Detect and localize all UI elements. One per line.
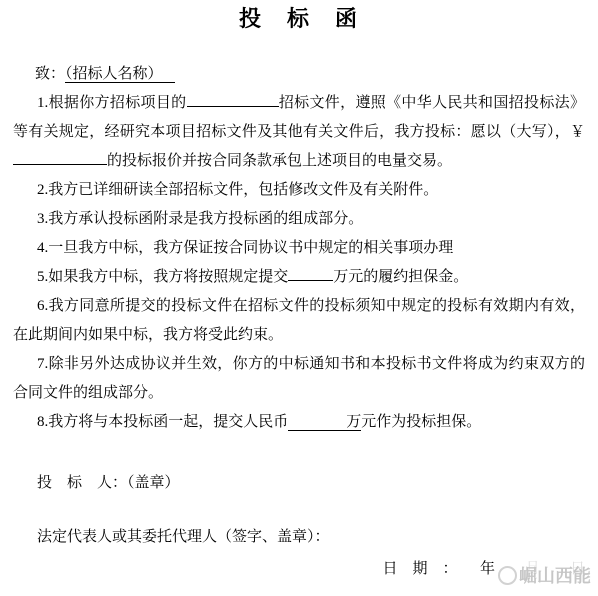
salutation-underline-bidder-name: （招标人名称）: [65, 66, 175, 83]
paragraph-2: 2.我方已详细研读全部招标文件，包括修改文件及有关附件。: [13, 176, 585, 205]
paragraph-5: 5.如果我方中标，我方将按照规定提交万元的履约担保金。: [13, 263, 585, 292]
watermark: 崛山西能: [496, 561, 593, 589]
paragraph-1-text-a: 1.根据你方招标项目的: [37, 95, 187, 111]
watermark-text: 崛山西能: [519, 562, 591, 588]
paragraph-5-text-b: 万元的履约担保金。: [333, 269, 468, 285]
paragraph-8-text-a: 8.我方将与本投标函一起，提交人民币: [37, 414, 288, 430]
blank-bid-price: [13, 148, 107, 165]
paragraph-1-text-c: 的投标报价并按合同条款承包上述项目的电量交易。: [107, 153, 452, 169]
bidder-seal-line: 投 标 人：（盖章）: [13, 469, 585, 498]
paragraph-8-underlined-char: 万: [346, 414, 361, 430]
blank-bid-security-amount: [288, 410, 346, 426]
paragraph-4: 4.一旦我方中标，我方保证按合同协议书中规定的相关事项办理: [13, 234, 585, 263]
tender-letter-document: 投 标 函 致：（招标人名称） 1.根据你方招标项目的招标文件，遵照《中华人民共…: [0, 0, 598, 596]
blank-performance-bond-amount: [288, 264, 333, 281]
bid-security-underline-group: 万: [288, 414, 361, 431]
paragraph-3: 3.我方承认投标函附录是我方投标函的组成部分。: [13, 205, 585, 234]
paragraph-6: 6.我方同意所提交的投标文件在招标文件的投标须知中规定的投标有效期内有效，在此期…: [13, 292, 585, 350]
logo-circle-icon: [498, 566, 517, 585]
salutation-prefix: 致：: [35, 66, 65, 82]
paragraph-8-text-b: 元作为投标担保。: [361, 414, 481, 430]
page-title: 投 标 函: [13, 6, 585, 32]
paragraph-8: 8.我方将与本投标函一起，提交人民币万元作为投标担保。: [13, 408, 585, 437]
paragraph-5-text-a: 5.如果我方中标，我方将按照规定提交: [37, 269, 288, 285]
salutation-line: 致：（招标人名称）: [13, 60, 585, 89]
paragraph-7: 7.除非另外达成协议并生效，你方的中标通知书和本投标书文件将成为约束双方的合同文…: [13, 350, 585, 408]
currency-symbol: ￥: [570, 124, 585, 140]
document-content: 投 标 函 致：（招标人名称） 1.根据你方招标项目的招标文件，遵照《中华人民共…: [0, 6, 598, 584]
paragraph-1: 1.根据你方招标项目的招标文件，遵照《中华人民共和国招投标法》等有关规定，经研究…: [13, 89, 585, 176]
legal-representative-line: 法定代表人或其委托代理人（签字、盖章）：: [13, 523, 585, 552]
blank-tender-document-number: [187, 90, 279, 107]
